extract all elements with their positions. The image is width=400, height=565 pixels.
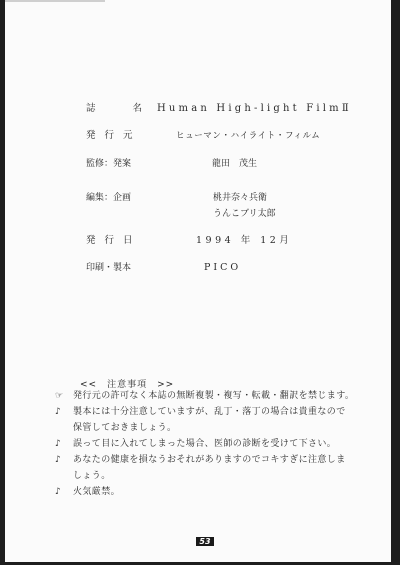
notice-text: 保管しておきましょう。 [73, 420, 176, 436]
colophon-value-2: うんこブリ太郎 [213, 208, 276, 220]
colophon-label: 誌 名 [86, 103, 148, 115]
page-number: 53 [196, 537, 214, 546]
document-page [5, 0, 391, 562]
music-note-icon: ♪ [55, 484, 69, 500]
music-note-icon: ♪ [55, 452, 69, 468]
notice-text: 製本には十分注意していますが、乱丁・落丁の場合は貴重なので [73, 404, 346, 420]
notice-text: 発行元の許可なく本誌の無断複製・複写・転載・翻訳を禁じます。 [73, 388, 354, 404]
colophon-value: Human High-light FilmⅡ [157, 103, 352, 115]
music-note-icon: ♪ [55, 404, 69, 420]
colophon-label: 発 行 元 [86, 130, 136, 142]
pointing-hand-icon: ☞ [55, 388, 69, 404]
colophon-value: 1994 年 12月 [196, 235, 292, 247]
notice-text: あなたの健康を損なうおそれがありますのでコキすぎに注意しま [73, 452, 346, 468]
colophon-value: 龍田 茂生 [212, 158, 257, 170]
colophon-label: 印刷・製本 [86, 262, 131, 274]
notice-text: 火気厳禁。 [73, 484, 120, 500]
notice-text: しょう。 [73, 468, 111, 484]
notice-text: 誤って目に入れてしまった場合、医師の診断を受けて下さい。 [73, 436, 336, 452]
colophon-label: 監修：発案 [86, 158, 131, 170]
colophon-value: ヒューマン・ハイライト・フィルム [176, 130, 320, 142]
colophon-value: 桃井奈々兵衛 [213, 192, 267, 204]
music-note-icon: ♪ [55, 436, 69, 452]
colophon-label: 編集：企画 [86, 192, 131, 204]
scan-shadow [5, 0, 105, 2]
colophon-value: PICO [204, 262, 241, 274]
colophon-label: 発 行 日 [86, 235, 136, 247]
